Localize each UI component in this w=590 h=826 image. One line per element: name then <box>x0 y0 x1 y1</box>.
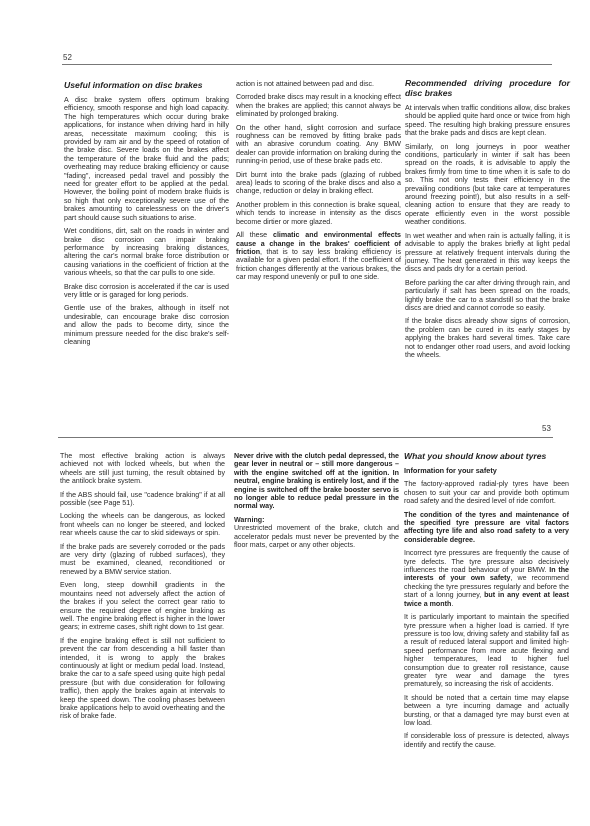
paragraph: Wet conditions, dirt, salt on the roads … <box>64 227 229 277</box>
paragraph: Dirt burnt into the brake pads (glazing … <box>236 171 401 196</box>
subheading: Information for your safety <box>404 467 569 475</box>
paragraph: It is particularly important to maintain… <box>404 613 569 689</box>
column-1: Useful information on disc brakes A disc… <box>64 80 229 351</box>
section-heading: What you should know about tyres <box>404 451 569 461</box>
paragraph: On the other hand, slight corrosion and … <box>236 124 401 166</box>
paragraph: Even long, steep downhill gradients in t… <box>60 581 225 631</box>
column-2: Never drive with the clutch pedal depres… <box>234 452 399 554</box>
warning-block: Warning:Unrestricted movement of the bra… <box>234 516 399 550</box>
paragraph: Similarly, on long journeys in poor weat… <box>405 143 570 227</box>
header-rule <box>58 437 553 438</box>
paragraph: Before parking the car after driving thr… <box>405 279 570 313</box>
column-3: What you should know about tyres Informa… <box>404 451 569 754</box>
paragraph: Corroded brake discs may result in a kno… <box>236 93 401 118</box>
paragraph: The factory-approved radial-ply tyres ha… <box>404 480 569 505</box>
paragraph: If the engine braking effect is still no… <box>60 637 225 721</box>
section-heading: Useful information on disc brakes <box>64 80 229 90</box>
warning-text: Unrestricted movement of the brake, clut… <box>234 524 399 549</box>
emphasis-paragraph: Never drive with the clutch pedal depres… <box>234 452 399 511</box>
page-number: 53 <box>542 424 551 433</box>
column-3: Recommended driving procedure for disc b… <box>405 78 570 364</box>
column-1: The most effective braking action is alw… <box>60 452 225 726</box>
paragraph: The most effective braking action is alw… <box>60 452 225 486</box>
paragraph: Brake disc corrosion is accelerated if t… <box>64 283 229 300</box>
paragraph: Gentle use of the brakes, although in it… <box>64 304 229 346</box>
paragraph: Incorrect tyre pressures are frequently … <box>404 549 569 608</box>
section-heading: Recommended driving procedure for disc b… <box>405 78 570 98</box>
paragraph: Locking the wheels can be dangerous, as … <box>60 512 225 537</box>
warning-label: Warning: <box>234 516 399 524</box>
text: . <box>451 600 453 608</box>
paragraph: It should be noted that a certain time m… <box>404 694 569 728</box>
text: All these <box>236 231 273 239</box>
paragraph: action is not attained between pad and d… <box>236 80 401 88</box>
paragraph: If the brake pads are severely corroded … <box>60 543 225 577</box>
paragraph: If considerable loss of pressure is dete… <box>404 732 569 749</box>
paragraph: If the brake discs already show signs of… <box>405 317 570 359</box>
column-2: action is not attained between pad and d… <box>236 80 401 287</box>
paragraph: At intervals when traffic conditions all… <box>405 104 570 138</box>
emphasis-paragraph: The condition of the tyres and maintenan… <box>404 511 569 545</box>
paragraph: A disc brake system offers optimum braki… <box>64 96 229 222</box>
page-number: 52 <box>63 53 72 62</box>
text: Incorrect tyre pressures are frequently … <box>404 549 569 574</box>
paragraph: All these climatic and environmental eff… <box>236 231 401 281</box>
header-rule <box>62 64 552 65</box>
paragraph: If the ABS should fail, use "cadence bra… <box>60 491 225 508</box>
paragraph: In wet weather and when rain is actually… <box>405 232 570 274</box>
page-53: 53 The most effective braking action is … <box>0 415 590 826</box>
page-52: 52 Useful information on disc brakes A d… <box>0 0 590 405</box>
paragraph: Another problem in this connection is br… <box>236 201 401 226</box>
text: , that is to say less braking efficiency… <box>236 248 401 281</box>
